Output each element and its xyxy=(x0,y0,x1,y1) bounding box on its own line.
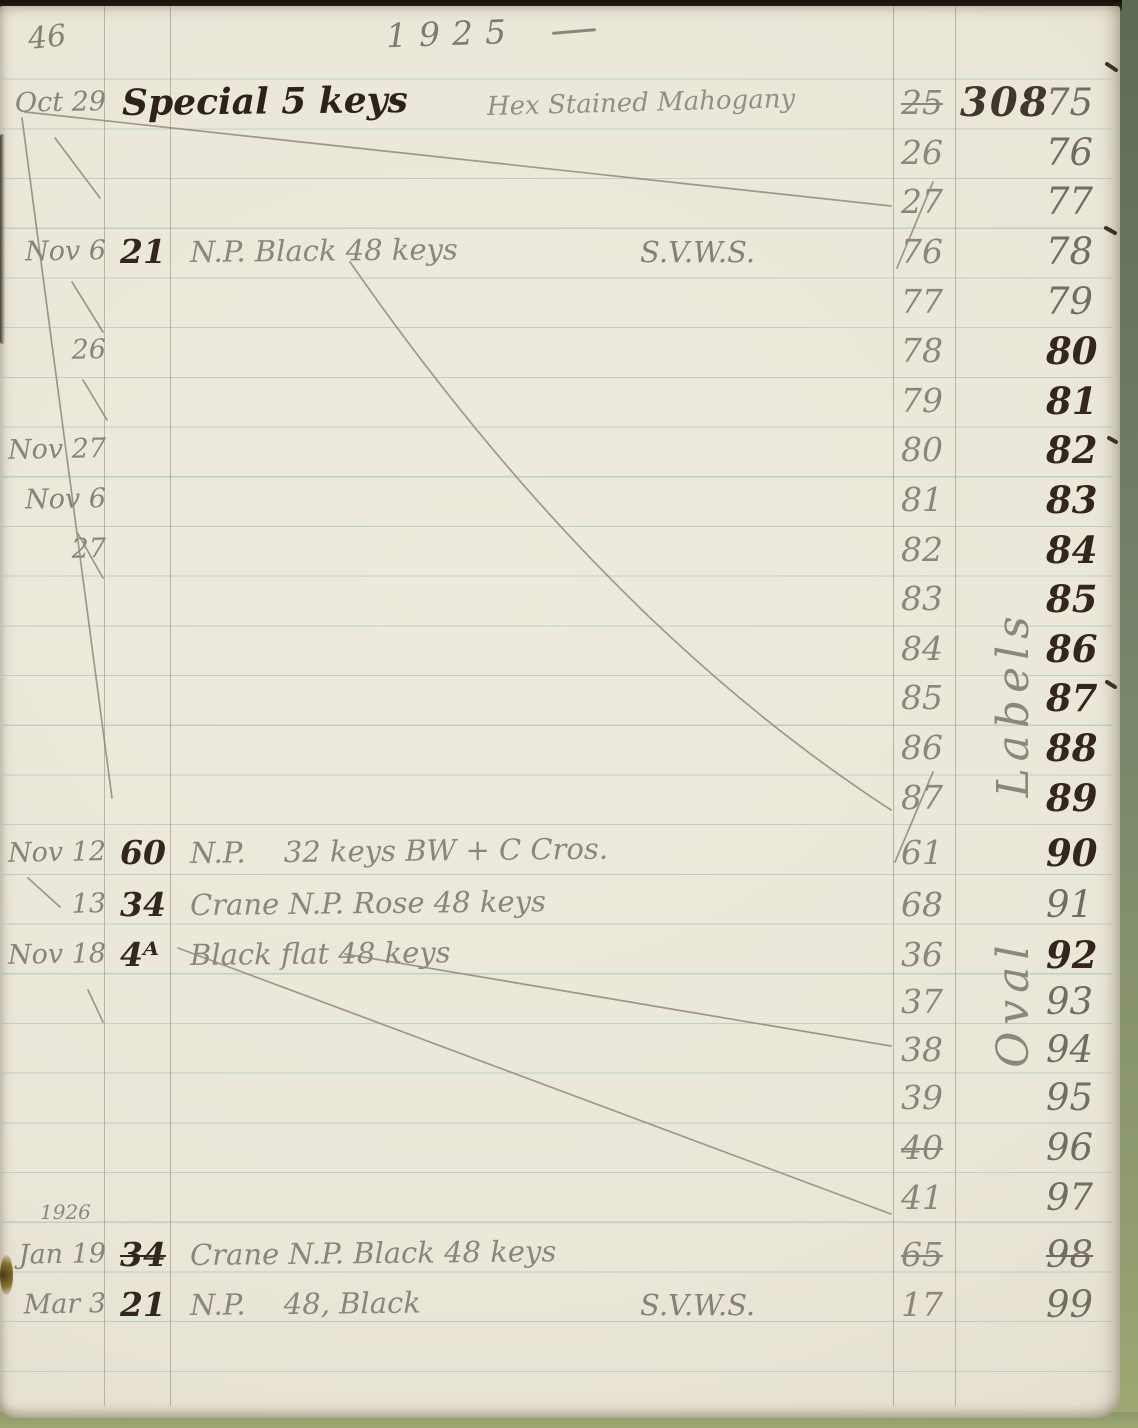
pencil-marks-overlay xyxy=(0,6,1120,1418)
cross-line-lower-a xyxy=(345,954,891,1046)
tick-stroke-6 xyxy=(88,990,103,1022)
tick-stroke-2 xyxy=(72,282,103,332)
binding-stain xyxy=(0,1255,13,1295)
tick-stroke-1 xyxy=(55,138,100,198)
edge-ink-tick-1 xyxy=(1107,64,1116,70)
tick-stroke-4 xyxy=(77,532,103,578)
cross-line-lower-b xyxy=(178,948,891,1214)
edge-ink-tick-4 xyxy=(1107,682,1115,687)
ledger-scan: { "page": { "number": "46", "year_headin… xyxy=(0,0,1138,1428)
page-edge-shadow xyxy=(0,134,5,344)
series-slash-1 xyxy=(897,182,933,268)
edge-ink-tick-3 xyxy=(1109,438,1116,442)
tick-stroke-3 xyxy=(83,380,107,420)
tick-stroke-5 xyxy=(28,878,60,907)
series-slash-2 xyxy=(895,772,933,862)
cross-line-middle xyxy=(350,262,891,810)
ledger-page: 46 1925 Oval Labels Oct 29 Special 5 key… xyxy=(0,6,1120,1418)
cross-line-left xyxy=(22,118,112,798)
edge-ink-tick-2 xyxy=(1106,228,1115,233)
cross-line-top xyxy=(25,112,891,206)
